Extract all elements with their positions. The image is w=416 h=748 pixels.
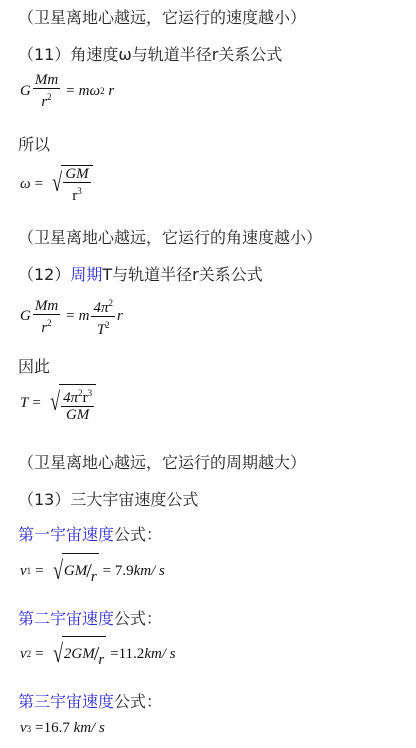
note-omega: （卫星离地心越远，它运行的角速度越小） [18, 228, 322, 248]
formula-gravity-period: G Mmr2 = m 4π2T2 r [20, 295, 123, 338]
formula-gravity-omega: G Mmr2 = mω2 r [20, 72, 114, 110]
link-third-cosmic-velocity[interactable]: 第三宇宙速度 [18, 692, 114, 711]
formula-v1: v1 = √GM/r = 7.9km/ s [20, 553, 165, 589]
link-first-cosmic-velocity[interactable]: 第一宇宙速度 [18, 525, 114, 544]
formula-v2: v2 = √2GM/r =11.2km/ s [20, 636, 176, 672]
link-second-cosmic-velocity[interactable]: 第二宇宙速度 [18, 609, 114, 628]
note-speed: （卫星离地心越远，它运行的速度越小） [18, 8, 306, 28]
formula-period: T = √4π2r3GM [20, 384, 96, 423]
label-v2: 第二宇宙速度公式： [18, 609, 162, 629]
label-v3: 第三宇宙速度公式： [18, 692, 162, 712]
therefore-label: 因此 [18, 357, 50, 377]
note-period: （卫星离地心越远，它运行的周期越大） [18, 453, 306, 473]
link-period[interactable]: 周期 [70, 265, 102, 284]
label-v1: 第一宇宙速度公式： [18, 525, 162, 545]
heading-12: （12）周期T与轨道半径r关系公式 [18, 265, 263, 285]
heading-11: （11）角速度ω与轨道半径r关系公式 [18, 45, 282, 65]
formula-v3: v3 =16.7 km/ s [20, 720, 105, 737]
heading-13: （13）三大宇宙速度公式 [18, 490, 198, 510]
so-label: 所以 [18, 135, 50, 155]
formula-omega: ω = √GMr3 [20, 165, 93, 204]
